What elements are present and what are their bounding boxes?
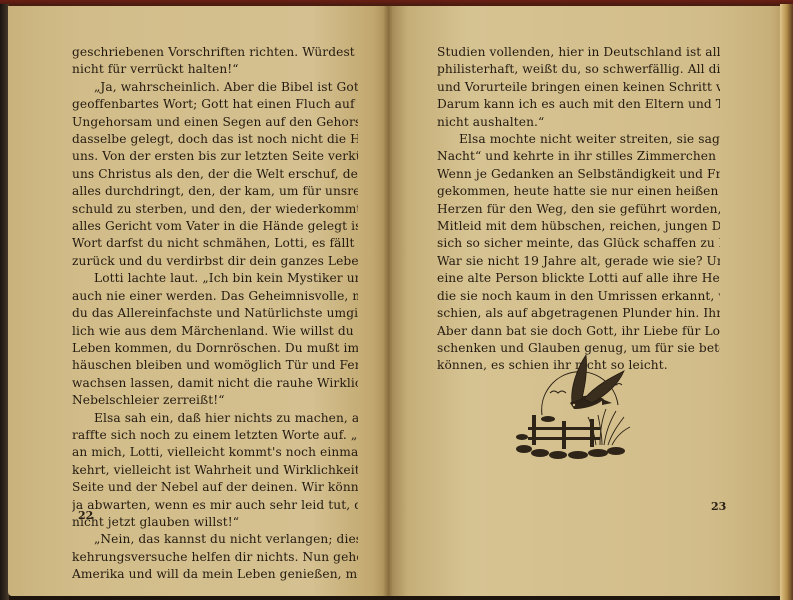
text-line: sich so sicher meinte, das Glück schaffe…: [437, 235, 720, 252]
left-page-text: geschriebenen Vorschriften richten. Würd…: [72, 44, 358, 584]
text-line: Leben kommen, du Dornröschen. Du mußt im…: [72, 340, 358, 357]
text-line: nicht jetzt glauben willst!“: [72, 514, 358, 531]
book-gutter: [383, 6, 393, 596]
text-line: Herzen für den Weg, den sie geführt word…: [437, 201, 720, 218]
page-number-right: 23: [711, 500, 726, 513]
right-page-text: Studien vollenden, hier in Deutschland i…: [437, 44, 720, 375]
text-line: Elsa sah ein, daß hier nichts zu machen,…: [72, 410, 358, 427]
text-line: Darum kann ich es auch mit den Eltern un…: [437, 96, 720, 113]
text-line: Studien vollenden, hier in Deutschland i…: [437, 44, 720, 61]
text-line: gekommen, heute hatte sie nur einen heiß…: [437, 183, 720, 200]
text-line: wachsen lassen, damit nicht die rauhe Wi…: [72, 375, 358, 392]
text-line: philisterhaft, weißt du, so schwerfällig…: [437, 61, 720, 78]
text-line: kehrt, vielleicht ist Wahrheit und Wirkl…: [72, 462, 358, 479]
text-line: eine alte Person blickte Lotti auf alle …: [437, 270, 720, 287]
text-line: Seite und der Nebel auf der deinen. Wir …: [72, 479, 358, 496]
page-stack-edge: [780, 4, 793, 600]
text-line: Wort darfst du nicht schmähen, Lotti, es…: [72, 235, 358, 252]
text-line: dasselbe gelegt, doch das ist noch nicht…: [72, 131, 358, 148]
text-line: uns Christus als den, der die Welt ersch…: [72, 166, 358, 183]
text-line: „Ja, wahrscheinlich. Aber die Bibel ist …: [72, 79, 358, 96]
text-line: Wenn je Gedanken an Selbständigkeit und …: [437, 166, 720, 183]
text-line: häuschen bleiben und womöglich Tür und F…: [72, 357, 358, 374]
text-line: Aber dann bat sie doch Gott, ihr Liebe f…: [437, 323, 720, 340]
text-line: lich wie aus dem Märchenland. Wie willst…: [72, 323, 358, 340]
text-line: War sie nicht 19 Jahre alt, gerade wie s…: [437, 253, 720, 270]
text-line: Ungehorsam und einen Segen auf den Gehor…: [72, 114, 358, 131]
text-line: alles durchdringt, den, der kam, um für …: [72, 183, 358, 200]
text-line: geschriebenen Vorschriften richten. Würd…: [72, 44, 358, 61]
text-line: auch nie einer werden. Das Geheimnisvoll…: [72, 288, 358, 305]
text-line: raffte sich noch zu einem letzten Worte …: [72, 427, 358, 444]
text-line: kehrungsversuche helfen dir nichts. Nun …: [72, 549, 358, 566]
text-line: geoffenbartes Wort; Gott hat einen Fluch…: [72, 96, 358, 113]
text-line: Mitleid mit dem hübschen, reichen, junge…: [437, 218, 720, 235]
text-line: Amerika und will da mein Leben genießen,…: [72, 566, 358, 583]
book-spread: geschriebenen Vorschriften richten. Würd…: [0, 0, 793, 600]
page-number-left: 22: [78, 509, 93, 522]
text-line: ja abwarten, wenn es mir auch sehr leid …: [72, 497, 358, 514]
text-line: Nebelschleier zerreißt!“: [72, 392, 358, 409]
text-line: nicht aushalten.“: [437, 114, 720, 131]
text-line: schuld zu sterben, und den, der wiederko…: [72, 201, 358, 218]
text-line: die sie noch kaum in den Umrissen erkann…: [437, 288, 720, 305]
text-line: alles Gericht vom Vater in die Hände gel…: [72, 218, 358, 235]
text-line: „Nein, das kannst du nicht verlangen; di…: [72, 531, 358, 548]
text-line: und Vorurteile bringen einen keinen Schr…: [437, 79, 720, 96]
text-line: Elsa mochte nicht weiter streiten, sie s…: [437, 131, 720, 148]
text-line: uns. Von der ersten bis zur letzten Seit…: [72, 148, 358, 165]
text-line: du das Allereinfachste und Natürlichste …: [72, 305, 358, 322]
bird-over-fence-illustration: [512, 345, 634, 463]
text-line: an mich, Lotti, vielleicht kommt's noch …: [72, 444, 358, 461]
text-line: zurück und du verdirbst dir dein ganzes …: [72, 253, 358, 270]
text-line: Nacht“ und kehrte in ihr stilles Zimmerc…: [437, 148, 720, 165]
text-line: Lotti lachte laut. „Ich bin kein Mystike…: [72, 270, 358, 287]
text-line: nicht für verrückt halten!“: [72, 61, 358, 78]
text-line: schien, als auf abgetragenen Plunder hin…: [437, 305, 720, 322]
